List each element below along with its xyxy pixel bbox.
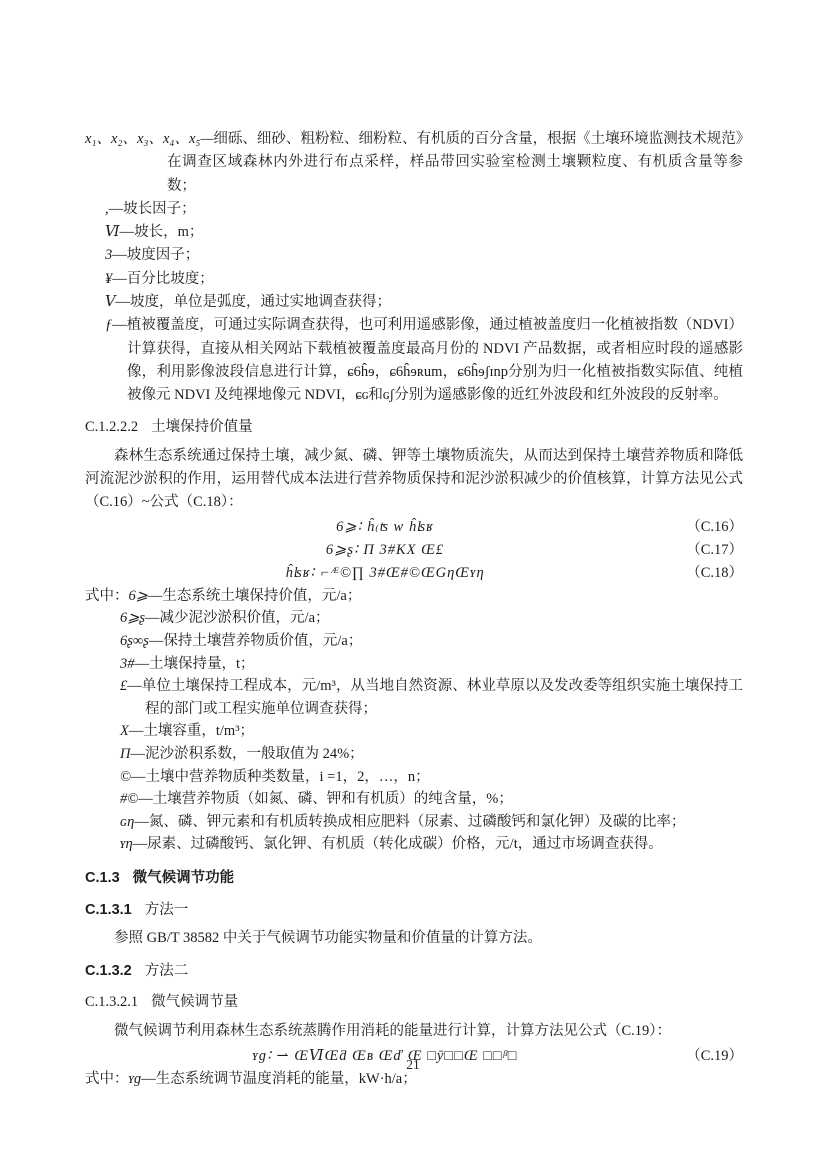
definition-item-slope-length: Ⅵ—坡长，m； — [105, 221, 743, 244]
definition-list: ,—坡长因子； Ⅵ—坡长，m； 3—坡度因子； ¥—百分比坡度； Ⅴ—坡度，单位… — [105, 198, 743, 408]
term-symbol: X — [120, 723, 129, 739]
paragraph-soil-retention: 森林生态系统通过保持土壤，减少氮、磷、钾等土壤物质流失，从而达到保持土壤营养物质… — [85, 445, 743, 515]
formula-body: 6⩾∶ ĥ₍ʦ w ĥʪʁ — [85, 516, 685, 538]
term-text: —生态系统土壤保持价值，元/a； — [148, 588, 361, 604]
term-symbol: 6ʂ∞ʂ — [120, 633, 149, 649]
term-symbol: 6⩾ — [129, 588, 148, 604]
page-number: 21 — [0, 1057, 826, 1073]
definition-item-x1-x5: x₁、x₂、x₃、x₄、x₅—细砾、细砂、粗粉粒、细粉粒、有机质的百分含量，根据… — [85, 128, 743, 198]
formula-c16: 6⩾∶ ĥ₍ʦ w ĥʪʁ（C.16） — [85, 516, 743, 538]
section-title: 方法一 — [145, 902, 189, 918]
term-text: —土壤营养物质（如氮、磷、钾和有机质）的纯含量，%； — [138, 791, 513, 807]
formula-body: 6⩾ʂ∶ Π 3#KX Œ£ — [85, 539, 685, 561]
definition-text: —坡度因子； — [112, 247, 199, 263]
where-row: #©—土壤营养物质（如氮、磷、钾和有机质）的纯含量，%； — [120, 788, 743, 811]
term-text: —单位土壤保持工程成本，元/m³，从当地自然资源、林业草原以及发改委等组织实施土… — [127, 678, 743, 717]
term-text: —减少泥沙淤积价值，元/a； — [145, 610, 329, 626]
definition-item-slope-length-factor: ,—坡长因子； — [105, 198, 743, 221]
term-symbol: ɢη — [120, 814, 134, 830]
where-row: 3#—土壤保持量，t； — [120, 653, 743, 676]
definition-symbol: Ⅵ — [105, 224, 120, 240]
where-row: X—土壤容重，t/m³； — [120, 720, 743, 743]
where-row: Π—泥沙淤积系数，一般取值为 24%； — [120, 743, 743, 766]
section-number: C.1.3.1 — [85, 902, 132, 918]
section-title: 土壤保持价值量 — [151, 419, 253, 435]
term-text: —土壤中营养物质种类数量，i =1，2，…，n； — [131, 769, 430, 785]
document-page: x₁、x₂、x₃、x₄、x₅—细砾、细砂、粗粉粒、细粉粒、有机质的百分含量，根据… — [0, 0, 826, 1169]
definition-item-slope-factor: 3—坡度因子； — [105, 244, 743, 267]
paragraph-microclimate: 微气候调节利用森林生态系统蒸腾作用消耗的能量进行计算，计算方法见公式（C.19）… — [85, 1020, 743, 1043]
definition-text: 细砾、细砂、粗粉粒、细粉粒、有机质的百分含量，根据《土壤环境监测技术规范》在调查… — [167, 131, 743, 194]
section-number: C.1.3.2.1 — [85, 994, 138, 1010]
document-body: x₁、x₂、x₃、x₄、x₅—细砾、细砂、粗粉粒、细粉粒、有机质的百分含量，根据… — [85, 128, 743, 1090]
term-symbol: ʏɡ — [129, 1071, 142, 1087]
definition-item-vegetation-coverage: ƒ—植被覆盖度，可通过实际调查获得，也可利用遥感影像，通过植被盖度归一化植被指数… — [105, 314, 743, 407]
where-row: ©—土壤中营养物质种类数量，i =1，2，…，n； — [120, 766, 743, 789]
definition-text: —坡长因子； — [109, 201, 196, 217]
definition-symbol: x₁、x₂、x₃、x₄、x₅— — [85, 131, 213, 147]
section-heading-c132: C.1.3.2方法二 — [85, 960, 743, 983]
section-heading-c131: C.1.3.1方法一 — [85, 899, 743, 922]
section-number: C.1.2.2.2 — [85, 419, 138, 435]
formula-number: （C.17） — [685, 539, 743, 561]
term-text: —土壤容重，t/m³； — [129, 723, 254, 739]
section-heading-c1222: C.1.2.2.2土壤保持价值量 — [85, 416, 743, 439]
section-title: 方法二 — [145, 963, 189, 979]
where-row: ʏη—尿素、过磷酸钙、氯化钾、有机质（转化成碳）价格，元/t，通过市场调查获得。 — [120, 833, 743, 856]
definition-symbol: Ⅴ — [105, 294, 115, 310]
definition-text: —植被覆盖度，可通过实际调查获得，也可利用遥感影像，通过植被盖度归一化植被指数（… — [112, 317, 743, 403]
where-row: 6ʂ∞ʂ—保持土壤营养物质价值，元/a； — [120, 630, 743, 653]
term-symbol: ʏη — [120, 836, 133, 852]
formula-c17: 6⩾ʂ∶ Π 3#KX Œ£（C.17） — [85, 539, 743, 561]
where-row: 6⩾ʂ—减少泥沙淤积价值，元/a； — [120, 607, 743, 630]
term-symbol: #© — [120, 791, 138, 807]
section-title: 微气候调节功能 — [133, 870, 235, 886]
formula-number: （C.16） — [685, 516, 743, 538]
definition-text: —坡度，单位是弧度，通过实地调查获得； — [115, 294, 391, 310]
definition-item-slope-radian: Ⅴ—坡度，单位是弧度，通过实地调查获得； — [105, 291, 743, 314]
formula-number: （C.18） — [685, 562, 743, 584]
term-text: —保持土壤营养物质价值，元/a； — [149, 633, 362, 649]
term-symbol: Π — [120, 746, 130, 762]
section-number: C.1.3 — [85, 870, 120, 886]
section-heading-c1321: C.1.3.2.1微气候调节量 — [85, 991, 743, 1014]
where-row: £—单位土壤保持工程成本，元/m³，从当地自然资源、林业草原以及发改委等组织实施… — [120, 675, 743, 720]
formula-body: ĥʪʁ∶ ⌐ᴭ©∏ 3#Œ#©ŒGηŒʏη — [85, 562, 685, 584]
section-number: C.1.3.2 — [85, 963, 132, 979]
where-row: 式中：6⩾—生态系统土壤保持价值，元/a； — [85, 585, 743, 608]
where-list-soil: 式中：6⩾—生态系统土壤保持价值，元/a； 6⩾ʂ—减少泥沙淤积价值，元/a； … — [85, 585, 743, 856]
term-symbol: 3# — [120, 656, 135, 672]
section-heading-c13: C.1.3微气候调节功能 — [85, 867, 743, 890]
definition-text: —坡长，m； — [120, 224, 204, 240]
where-label: 式中： — [85, 1071, 129, 1087]
term-text: —生态系统调节温度消耗的能量，kW·h/a； — [141, 1071, 416, 1087]
definition-text: —百分比坡度； — [112, 271, 214, 287]
term-text: —土壤保持量，t； — [135, 656, 255, 672]
where-label: 式中： — [85, 588, 129, 604]
formula-c18: ĥʪʁ∶ ⌐ᴭ©∏ 3#Œ#©ŒGηŒʏη（C.18） — [85, 562, 743, 584]
term-text: —尿素、过磷酸钙、氯化钾、有机质（转化成碳）价格，元/t，通过市场调查获得。 — [133, 836, 663, 852]
definition-item-percent-slope: ¥—百分比坡度； — [105, 268, 743, 291]
term-symbol: © — [120, 769, 131, 785]
term-symbol: 6⩾ʂ — [120, 610, 145, 626]
term-text: —氮、磷、钾元素和有机质转换成相应肥料（尿素、过磷酸钙和氯化钾）及碳的比率； — [134, 814, 685, 830]
paragraph-method-one: 参照 GB/T 38582 中关于气候调节功能实物量和价值量的计算方法。 — [85, 927, 743, 950]
section-title: 微气候调节量 — [151, 994, 238, 1010]
where-row: ɢη—氮、磷、钾元素和有机质转换成相应肥料（尿素、过磷酸钙和氯化钾）及碳的比率； — [120, 811, 743, 834]
term-text: —泥沙淤积系数，一般取值为 24%； — [130, 746, 363, 762]
